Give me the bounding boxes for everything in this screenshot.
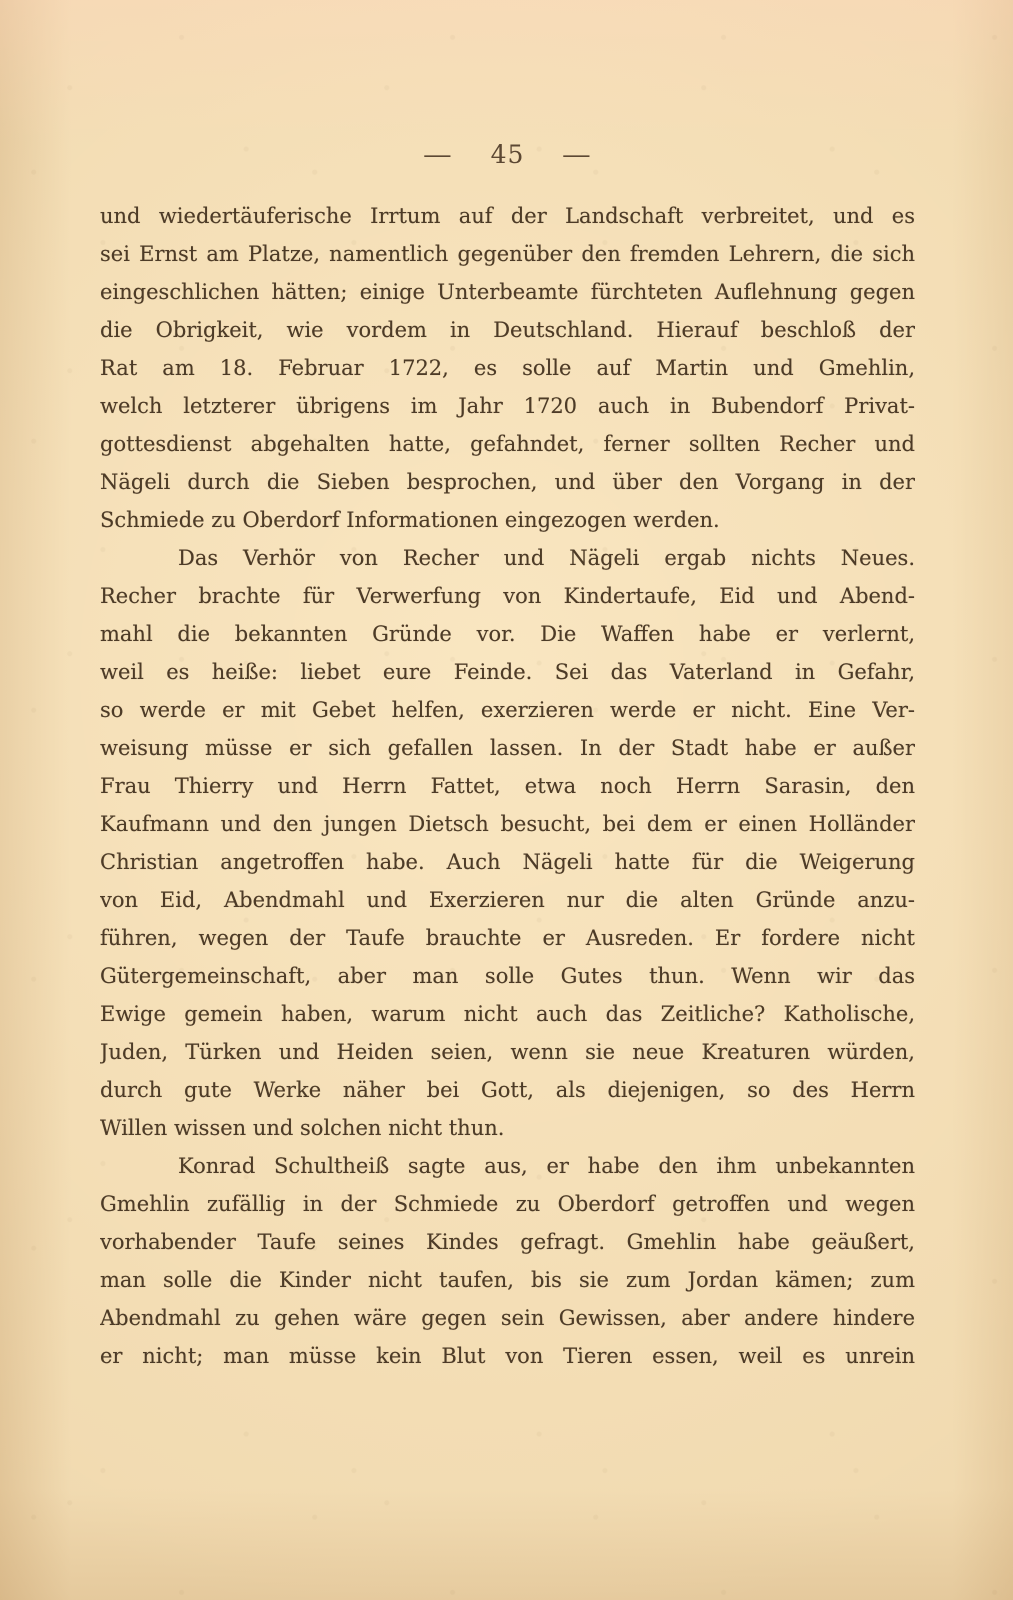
page-number: 45 bbox=[491, 140, 525, 169]
text-line: Das Verhör von Recher und Nägeli ergab n… bbox=[100, 539, 915, 577]
page-number-dash-left: — bbox=[423, 140, 453, 169]
body-text: und wiedertäuferische Irrtum auf der Lan… bbox=[100, 197, 915, 1375]
text-line: Nägeli durch die Sieben besprochen, und … bbox=[100, 463, 915, 501]
text-line: führen, wegen der Taufe brauchte er Ausr… bbox=[100, 919, 915, 957]
text-line: Abendmahl zu gehen wäre gegen sein Gewis… bbox=[100, 1299, 915, 1337]
text-line: sei Ernst am Platze, namentlich gegenübe… bbox=[100, 235, 915, 273]
text-line: eingeschlichen hätten; einige Unterbeamt… bbox=[100, 273, 915, 311]
text-line: vorhabender Taufe seines Kindes gefragt.… bbox=[100, 1223, 915, 1261]
text-line: Christian angetroffen habe. Auch Nägeli … bbox=[100, 843, 915, 881]
text-line: weisung müsse er sich gefallen lassen. I… bbox=[100, 729, 915, 767]
text-line: er nicht; man müsse kein Blut von Tieren… bbox=[100, 1337, 915, 1375]
text-line: Recher brachte für Verwerfung von Kinder… bbox=[100, 577, 915, 615]
text-line: Ewige gemein haben, warum nicht auch das… bbox=[100, 995, 915, 1033]
text-line: von Eid, Abendmahl und Exerzieren nur di… bbox=[100, 881, 915, 919]
text-line: man solle die Kinder nicht taufen, bis s… bbox=[100, 1261, 915, 1299]
text-line: Kaufmann und den jungen Dietsch besucht,… bbox=[100, 805, 915, 843]
page-header: — 45 — bbox=[100, 140, 915, 169]
text-line: Konrad Schultheiß sagte aus, er habe den… bbox=[100, 1147, 915, 1185]
text-line: durch gute Werke näher bei Gott, als die… bbox=[100, 1071, 915, 1109]
text-line: Juden, Türken und Heiden seien, wenn sie… bbox=[100, 1033, 915, 1071]
text-line: die Obrigkeit, wie vordem in Deutschland… bbox=[100, 311, 915, 349]
text-line: weil es heiße: liebet eure Feinde. Sei d… bbox=[100, 653, 915, 691]
page-number-dash-right: — bbox=[562, 140, 592, 169]
text-line: Rat am 18. Februar 1722, es solle auf Ma… bbox=[100, 349, 915, 387]
text-line: Gmehlin zufällig in der Schmiede zu Ober… bbox=[100, 1185, 915, 1223]
text-line: mahl die bekannten Gründe vor. Die Waffe… bbox=[100, 615, 915, 653]
text-line: gottesdienst abgehalten hatte, gefahndet… bbox=[100, 425, 915, 463]
paragraph: Das Verhör von Recher und Nägeli ergab n… bbox=[100, 539, 915, 1147]
scanned-book-page: — 45 — und wiedertäuferische Irrtum auf … bbox=[0, 0, 1013, 1600]
text-line: Schmiede zu Oberdorf Informationen einge… bbox=[100, 501, 915, 539]
text-line: so werde er mit Gebet helfen, exerzieren… bbox=[100, 691, 915, 729]
text-line: Frau Thierry und Herrn Fattet, etwa noch… bbox=[100, 767, 915, 805]
paragraph: Konrad Schultheiß sagte aus, er habe den… bbox=[100, 1147, 915, 1375]
text-line: Willen wissen und solchen nicht thun. bbox=[100, 1109, 915, 1147]
text-line: Gütergemeinschaft, aber man solle Gutes … bbox=[100, 957, 915, 995]
paragraph: und wiedertäuferische Irrtum auf der Lan… bbox=[100, 197, 915, 539]
text-line: und wiedertäuferische Irrtum auf der Lan… bbox=[100, 197, 915, 235]
text-line: welch letzterer übrigens im Jahr 1720 au… bbox=[100, 387, 915, 425]
